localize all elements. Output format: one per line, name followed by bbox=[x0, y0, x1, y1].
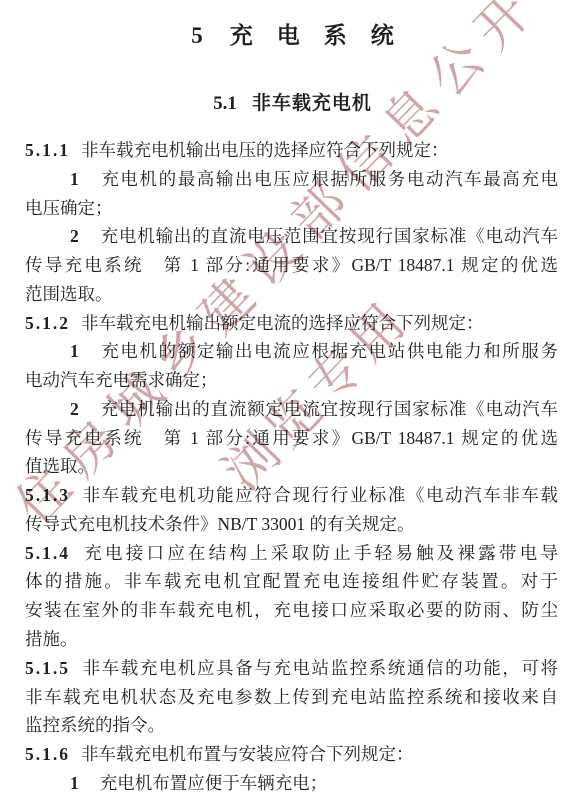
line-text: 非车载充电机布置与安装应符合下列规定： bbox=[81, 744, 414, 764]
clause-number: 5.1.2 bbox=[25, 313, 70, 333]
continuation-line: 监控系统的指令。 bbox=[25, 711, 558, 740]
line-text: 非车载充电机输出电压的选择应符合下列规定： bbox=[81, 140, 449, 160]
clause-line: 5.1.6非车载充电机布置与安装应符合下列规定： bbox=[25, 740, 558, 769]
line-text: 传导充电系统 第 1 部分:通用要求》GB/T 18487.1 规定的优选 bbox=[25, 255, 558, 275]
chapter-heading: 5充电系统 bbox=[0, 21, 585, 50]
item-line: 2充电机输出的直流电压范围宜按现行国家标准《电动汽车 bbox=[25, 222, 558, 251]
line-text: 电压确定； bbox=[25, 198, 113, 218]
line-text: 体的措施。非车载充电机宜配置充电连接组件贮存装置。对于 bbox=[25, 571, 558, 591]
item-number: 1 bbox=[70, 341, 81, 361]
item-number: 1 bbox=[70, 169, 81, 189]
clause-line: 5.1.4充电接口应在结构上采取防止手轻易触及裸露带电导 bbox=[25, 539, 558, 568]
item-number: 2 bbox=[70, 399, 81, 419]
clause-number: 5.1.3 bbox=[25, 485, 70, 505]
continuation-line: 范围选取。 bbox=[25, 280, 558, 309]
clause-line: 5.1.2非车载充电机输出额定电流的选择应符合下列规定： bbox=[25, 309, 558, 338]
item-line: 1充电机的额定输出电流应根据充电站供电能力和所服务 bbox=[25, 337, 558, 366]
chapter-title: 充电系统 bbox=[230, 22, 418, 48]
section-title: 非车载充电机 bbox=[252, 93, 372, 114]
line-text: 充电接口应在结构上采取防止手轻易触及裸露带电导 bbox=[81, 543, 558, 563]
chapter-number: 5 bbox=[191, 23, 203, 48]
line-text: 传导充电系统 第 1 部分:通用要求》GB/T 18487.1 规定的优选 bbox=[25, 428, 558, 448]
clause-number: 5.1.5 bbox=[25, 658, 70, 678]
continuation-line: 非车载充电机状态及充电参数上传到充电站监控系统和接收来自 bbox=[25, 683, 558, 712]
item-line: 1充电机布置应便于车辆充电； bbox=[25, 769, 558, 798]
line-text: 非车载充电机状态及充电参数上传到充电站监控系统和接收来自 bbox=[25, 687, 558, 707]
item-line: 1充电机的最高输出电压应根据所服务电动汽车最高充电 bbox=[25, 165, 558, 194]
clause-line: 5.1.5非车载充电机应具备与充电站监控系统通信的功能，可将 bbox=[25, 654, 558, 683]
line-text: 充电机输出的直流额定电流宜按现行国家标准《电动汽车 bbox=[100, 399, 558, 419]
section-number: 5.1 bbox=[213, 93, 237, 114]
line-text: 值选取。 bbox=[25, 456, 95, 476]
section-heading: 5.1非车载充电机 bbox=[0, 92, 585, 115]
continuation-line: 措施。 bbox=[25, 625, 558, 654]
line-text: 充电机输出的直流电压范围宜按现行国家标准《电动汽车 bbox=[100, 226, 558, 246]
continuation-line: 传导充电系统 第 1 部分:通用要求》GB/T 18487.1 规定的优选 bbox=[25, 251, 558, 280]
continuation-line: 体的措施。非车载充电机宜配置充电连接组件贮存装置。对于 bbox=[25, 567, 558, 596]
line-text: 非车载充电机应具备与充电站监控系统通信的功能，可将 bbox=[81, 658, 558, 678]
continuation-line: 传导式充电机技术条件》NB/T 33001 的有关规定。 bbox=[25, 510, 558, 539]
line-text: 非车载充电机输出额定电流的选择应符合下列规定： bbox=[81, 313, 484, 333]
line-text: 电动汽车充电需求确定； bbox=[25, 370, 218, 390]
line-text: 充电机的最高输出电压应根据所服务电动汽车最高充电 bbox=[100, 169, 558, 189]
line-text: 充电机的额定输出电流应根据充电站供电能力和所服务 bbox=[100, 341, 558, 361]
document-page: 住房城乡建设部信息公开 浏览专用 5充电系统 5.1非车载充电机 5.1.1非车… bbox=[0, 0, 585, 805]
continuation-line: 电动汽车充电需求确定； bbox=[25, 366, 558, 395]
clause-line: 5.1.1非车载充电机输出电压的选择应符合下列规定： bbox=[25, 136, 558, 165]
item-number: 1 bbox=[70, 773, 81, 793]
line-text: 非车载充电机功能应符合现行行业标准《电动汽车非车载 bbox=[81, 485, 558, 505]
line-text: 安装在室外的非车载充电机，充电接口应采取必要的防雨、防尘 bbox=[25, 600, 558, 620]
line-text: 措施。 bbox=[25, 629, 78, 649]
clause-number: 5.1.6 bbox=[25, 744, 70, 764]
line-text: 监控系统的指令。 bbox=[25, 715, 165, 735]
continuation-line: 电压确定； bbox=[25, 194, 558, 223]
line-text: 充电机布置应便于车辆充电； bbox=[100, 773, 328, 793]
item-line: 2充电机输出的直流额定电流宜按现行国家标准《电动汽车 bbox=[25, 395, 558, 424]
continuation-line: 值选取。 bbox=[25, 452, 558, 481]
clause-number: 5.1.4 bbox=[25, 543, 70, 563]
line-text: 范围选取。 bbox=[25, 284, 113, 304]
clause-number: 5.1.1 bbox=[25, 140, 70, 160]
continuation-line: 传导充电系统 第 1 部分:通用要求》GB/T 18487.1 规定的优选 bbox=[25, 424, 558, 453]
document-body: 5.1.1非车载充电机输出电压的选择应符合下列规定：1充电机的最高输出电压应根据… bbox=[25, 136, 558, 798]
clause-line: 5.1.3非车载充电机功能应符合现行行业标准《电动汽车非车载 bbox=[25, 481, 558, 510]
continuation-line: 安装在室外的非车载充电机，充电接口应采取必要的防雨、防尘 bbox=[25, 596, 558, 625]
line-text: 传导式充电机技术条件》NB/T 33001 的有关规定。 bbox=[25, 514, 415, 534]
item-number: 2 bbox=[70, 226, 81, 246]
